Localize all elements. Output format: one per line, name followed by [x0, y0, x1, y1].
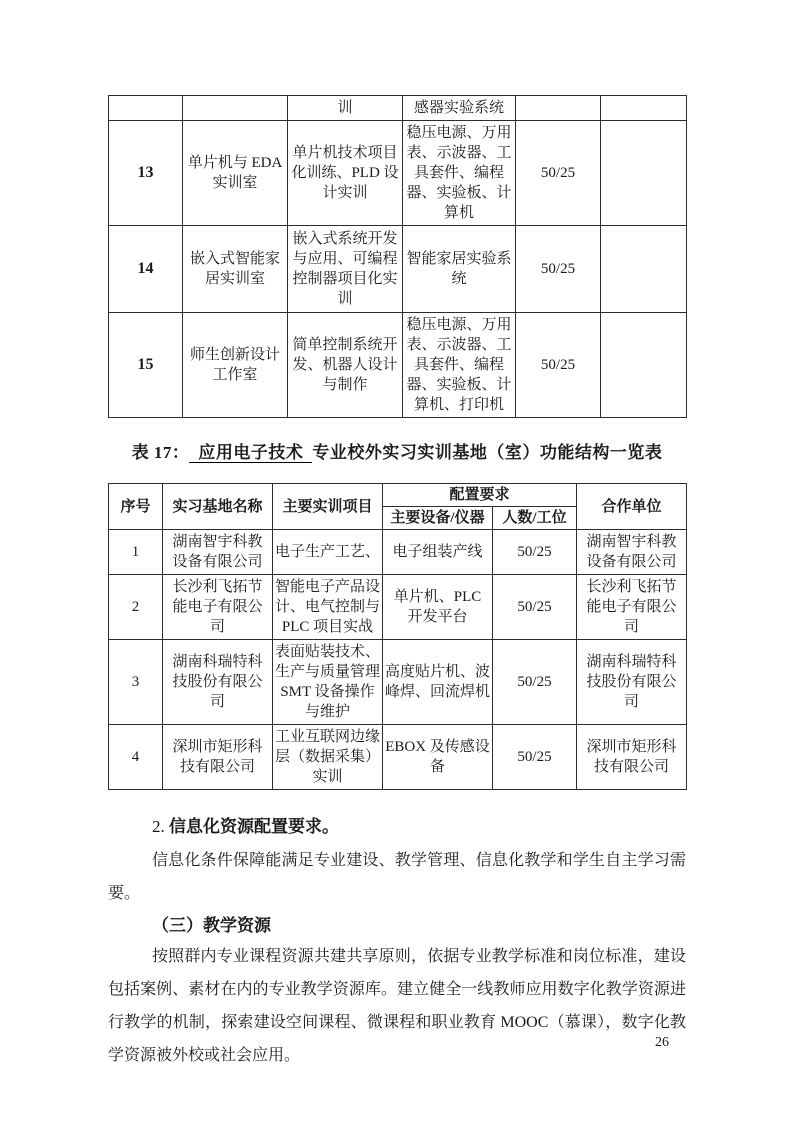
cell-projects: 工业互联网边缘层（数据采集）实训 — [273, 725, 383, 790]
cell-capacity: 50/25 — [493, 725, 577, 790]
table-header-row-1: 序号 实习基地名称 主要实训项目 配置要求 合作单位 — [109, 484, 687, 507]
table17-title-prefix: 表 17： — [132, 443, 190, 462]
col-header-capacity: 人数/工位 — [493, 507, 577, 530]
cell-equipment: 高度贴片机、波峰焊、回流焊机 — [383, 640, 493, 725]
cell-extra — [601, 313, 687, 418]
table-row-2: 2 长沙利飞拓节能电子有限公司 智能电子产品设计、电气控制与 PLC 项目实战 … — [109, 575, 687, 640]
off-campus-bases-table: 序号 实习基地名称 主要实训项目 配置要求 合作单位 主要设备/仪器 人数/工位… — [108, 483, 687, 790]
col-header-config: 配置要求 — [383, 484, 577, 507]
cell-room-name: 师生创新设计工作室 — [183, 313, 288, 418]
cell-equipment: 电子组装产线 — [383, 530, 493, 575]
table-row-15: 15 师生创新设计工作室 简单控制系统开发、机器人设计与制作 稳压电源、万用表、… — [109, 313, 687, 418]
col-header-partner: 合作单位 — [577, 484, 687, 530]
section-heading-informatization: 2. 信息化资源配置要求。 — [108, 816, 686, 838]
cell-no — [109, 96, 183, 121]
paragraph-informatization: 信息化条件保障能满足专业建设、教学管理、信息化教学和学生自主学习需要。 — [108, 844, 686, 910]
cell-room-name: 嵌入式智能家居实训室 — [183, 226, 288, 313]
training-rooms-table: 训 感器实验系统 13 单片机与 EDA 实训室 单片机技术项目化训练、PLD … — [108, 95, 687, 418]
col-header-equipment: 主要设备/仪器 — [383, 507, 493, 530]
cell-partner: 湖南智宇科教设备有限公司 — [577, 530, 687, 575]
cell-capacity: 50/25 — [493, 575, 577, 640]
cell-equipment: 稳压电源、万用表、示波器、工具套件、编程器、实验板、计算机 — [403, 121, 516, 226]
cell-capacity: 50/25 — [493, 530, 577, 575]
cell-partner: 深圳市矩形科技有限公司 — [577, 725, 687, 790]
cell-projects: 电子生产工艺、 — [273, 530, 383, 575]
heading-number: 2. — [152, 817, 165, 836]
paragraph-teaching-resources: 按照群内专业课程资源共建共享原则，依据专业教学标准和岗位标准，建设包括案例、素材… — [108, 940, 686, 1072]
cell-equipment: 单片机、PLC 开发平台 — [383, 575, 493, 640]
table-row-4: 4 深圳市矩形科技有限公司 工业互联网边缘层（数据采集）实训 EBOX 及传感设… — [109, 725, 687, 790]
page-content: 训 感器实验系统 13 单片机与 EDA 实训室 单片机技术项目化训练、PLD … — [108, 95, 686, 1072]
cell-extra — [601, 121, 687, 226]
cell-projects: 简单控制系统开发、机器人设计与制作 — [288, 313, 403, 418]
table-row-continued: 训 感器实验系统 — [109, 96, 687, 121]
cell-base-name: 深圳市矩形科技有限公司 — [163, 725, 273, 790]
cell-no: 13 — [109, 121, 183, 226]
cell-extra — [601, 226, 687, 313]
cell-no: 3 — [109, 640, 163, 725]
cell-projects: 嵌入式系统开发与应用、可编程控制器项目化实训 — [288, 226, 403, 313]
cell-capacity: 50/25 — [516, 121, 601, 226]
cell-extra — [601, 96, 687, 121]
cell-equipment: EBOX 及传感设备 — [383, 725, 493, 790]
cell-partner: 湖南科瑞特科技股份有限公司 — [577, 640, 687, 725]
cell-projects: 训 — [288, 96, 403, 121]
cell-projects: 单片机技术项目化训练、PLD 设计实训 — [288, 121, 403, 226]
cell-base-name: 湖南智宇科教设备有限公司 — [163, 530, 273, 575]
cell-equipment: 智能家居实验系统 — [403, 226, 516, 313]
heading-text: 信息化资源配置要求。 — [169, 817, 339, 836]
cell-no: 1 — [109, 530, 163, 575]
cell-base-name: 长沙利飞拓节能电子有限公司 — [163, 575, 273, 640]
table17-title-major: 应用电子技术 — [189, 443, 312, 463]
cell-base-name: 湖南科瑞特科技股份有限公司 — [163, 640, 273, 725]
cell-room-name: 单片机与 EDA 实训室 — [183, 121, 288, 226]
cell-no: 2 — [109, 575, 163, 640]
cell-capacity: 50/25 — [516, 313, 601, 418]
col-header-base-name: 实习基地名称 — [163, 484, 273, 530]
table-row-14: 14 嵌入式智能家居实训室 嵌入式系统开发与应用、可编程控制器项目化实训 智能家… — [109, 226, 687, 313]
cell-no: 15 — [109, 313, 183, 418]
cell-room-name — [183, 96, 288, 121]
col-header-projects: 主要实训项目 — [273, 484, 383, 530]
cell-no: 14 — [109, 226, 183, 313]
document-page: 训 感器实验系统 13 单片机与 EDA 实训室 单片机技术项目化训练、PLD … — [0, 0, 793, 1122]
col-header-no: 序号 — [109, 484, 163, 530]
table-row-1: 1 湖南智宇科教设备有限公司 电子生产工艺、 电子组装产线 50/25 湖南智宇… — [109, 530, 687, 575]
table-row-3: 3 湖南科瑞特科技股份有限公司 表面贴装技术、生产与质量管理 SMT 设备操作与… — [109, 640, 687, 725]
cell-projects: 表面贴装技术、生产与质量管理 SMT 设备操作与维护 — [273, 640, 383, 725]
cell-partner: 长沙利飞拓节能电子有限公司 — [577, 575, 687, 640]
table17-title: 表 17：应用电子技术专业校外实习实训基地（室）功能结构一览表 — [108, 440, 686, 466]
page-number: 26 — [655, 1035, 669, 1051]
table17-title-suffix: 专业校外实习实训基地（室）功能结构一览表 — [312, 443, 662, 462]
cell-capacity: 50/25 — [516, 226, 601, 313]
table-row-13: 13 单片机与 EDA 实训室 单片机技术项目化训练、PLD 设计实训 稳压电源… — [109, 121, 687, 226]
cell-capacity: 50/25 — [493, 640, 577, 725]
section-heading-teaching-resources: （三）教学资源 — [108, 915, 686, 937]
cell-equipment: 稳压电源、万用表、示波器、工具套件、编程器、实验板、计算机、打印机 — [403, 313, 516, 418]
cell-projects: 智能电子产品设计、电气控制与 PLC 项目实战 — [273, 575, 383, 640]
cell-equipment: 感器实验系统 — [403, 96, 516, 121]
cell-capacity — [516, 96, 601, 121]
cell-no: 4 — [109, 725, 163, 790]
